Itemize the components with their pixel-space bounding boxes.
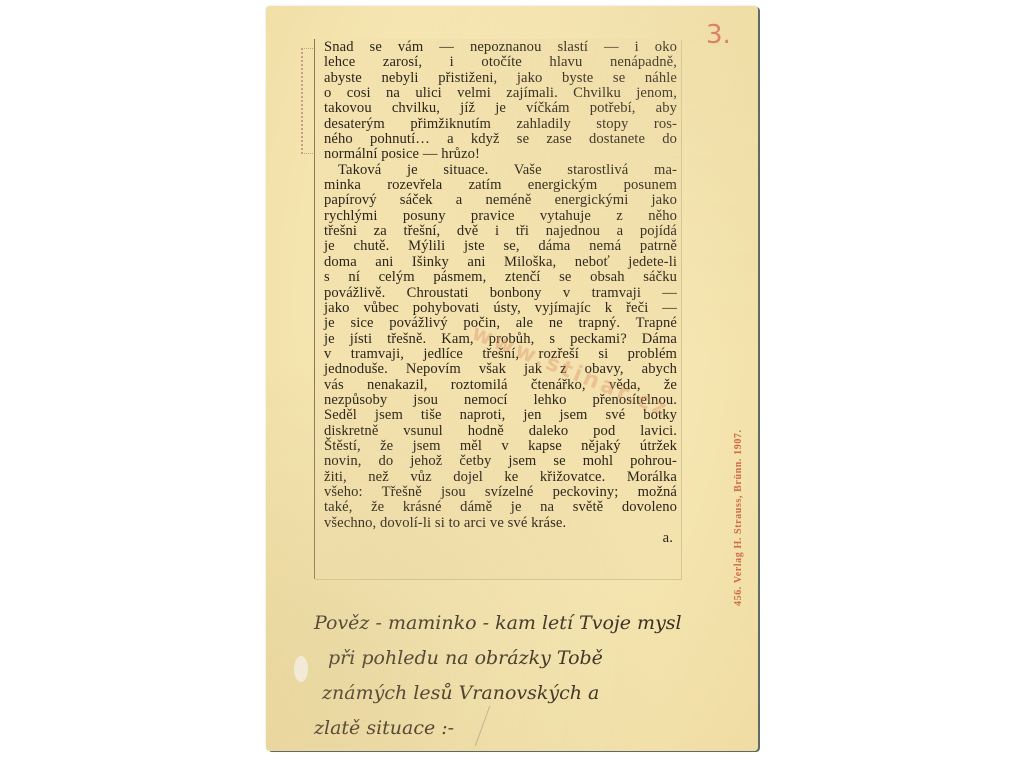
clipping-line: minka rozevřela zatím energickým posunem bbox=[324, 178, 677, 193]
clipping-line: novin, do jehož četby jsem se mohl pohro… bbox=[324, 454, 677, 469]
paper-flaw bbox=[294, 656, 308, 682]
clipping-line: o cosi na ulici velmi zajímali. Chvilku … bbox=[324, 86, 677, 101]
clipping-line: lehce zarosí, i otočíte hlavu nenápadně, bbox=[324, 55, 677, 70]
clipping-line: Štěstí, že jsem měl v kapse nějaký útrže… bbox=[324, 439, 677, 454]
clipping-line: jako vůbec pohybovati ústy, vyjímajíc k … bbox=[324, 301, 677, 316]
postcard: 3. Snad se vám — nepoznanou slastí — i o… bbox=[266, 6, 758, 751]
clipping-line: papírový sáček a neméně energickými jako bbox=[324, 193, 677, 208]
publisher-imprint: 456. Verlag H. Strauss, Brünn. 1907. bbox=[733, 429, 744, 606]
clipping-line: všechno, dovolí-li si to arci ve své krá… bbox=[324, 516, 677, 531]
handwritten-message: Pověz - maminko - kam letí Tvoje myslpři… bbox=[314, 606, 714, 746]
clipping-line: povážlivě. Chroustati bonbony v tramvaji… bbox=[324, 286, 677, 301]
handwriting-line: zlatě situace :- bbox=[314, 711, 714, 746]
clipping-line: také, že krásné dámě je na světě dovolen… bbox=[324, 500, 677, 515]
clipping-line: takovou chvilku, jíž je víčkám potřebí, … bbox=[324, 101, 677, 116]
clipping-line: diskretně vsunul hodně daleko pod lavici… bbox=[324, 424, 677, 439]
clipping-line: s ní celým pásmem, ztenčí se obsah sáčku bbox=[324, 270, 677, 285]
clipping-line: jednoduše. Nepovím však jak z obavy, aby… bbox=[324, 362, 677, 377]
clipping-line: Taková je situace. Vaše starostlivá ma- bbox=[324, 163, 677, 178]
clipping-line: ného pohnutí… a když se zase dostanete d… bbox=[324, 132, 677, 147]
handwriting-line: při pohledu na obrázky Tobě bbox=[314, 641, 714, 676]
clipping-line: desaterým přimžiknutím zahladily stopy r… bbox=[324, 117, 677, 132]
clipping-line: doma ani Išinky ani Miloška, neboť jedet… bbox=[324, 255, 677, 270]
clipping-line: Snad se vám — nepoznanou slastí — i oko bbox=[324, 40, 677, 55]
clipping-text: Snad se vám — nepoznanou slastí — i okol… bbox=[324, 40, 677, 546]
clipping-line: normální posice — hrůzo! bbox=[324, 147, 677, 162]
newspaper-clipping: Snad se vám — nepoznanou slastí — i okol… bbox=[314, 39, 681, 579]
clipping-line: je chutě. Mýlili jste se, dáma nemá patr… bbox=[324, 239, 677, 254]
clipping-line: abyste nebyli přistiženi, jako byste se … bbox=[324, 71, 677, 86]
page-number-annotation: 3. bbox=[706, 20, 731, 50]
clipping-line: všeho: Třešně jsou svízelné peckoviny; m… bbox=[324, 485, 677, 500]
handwriting-line: Pověz - maminko - kam letí Tvoje mysl bbox=[314, 606, 714, 641]
clipping-line: Seděl jsem tiše naproti, jen jsem své bo… bbox=[324, 408, 677, 423]
clipping-line: třešni za třešní, dvě i tři najednou a p… bbox=[324, 224, 677, 239]
clipping-line: žiti, než vůz dojel ke křižovatce. Morál… bbox=[324, 470, 677, 485]
clipping-signature: a. bbox=[324, 531, 677, 546]
clipping-line: rychlými posuny pravice vytahuje z něho bbox=[324, 209, 677, 224]
